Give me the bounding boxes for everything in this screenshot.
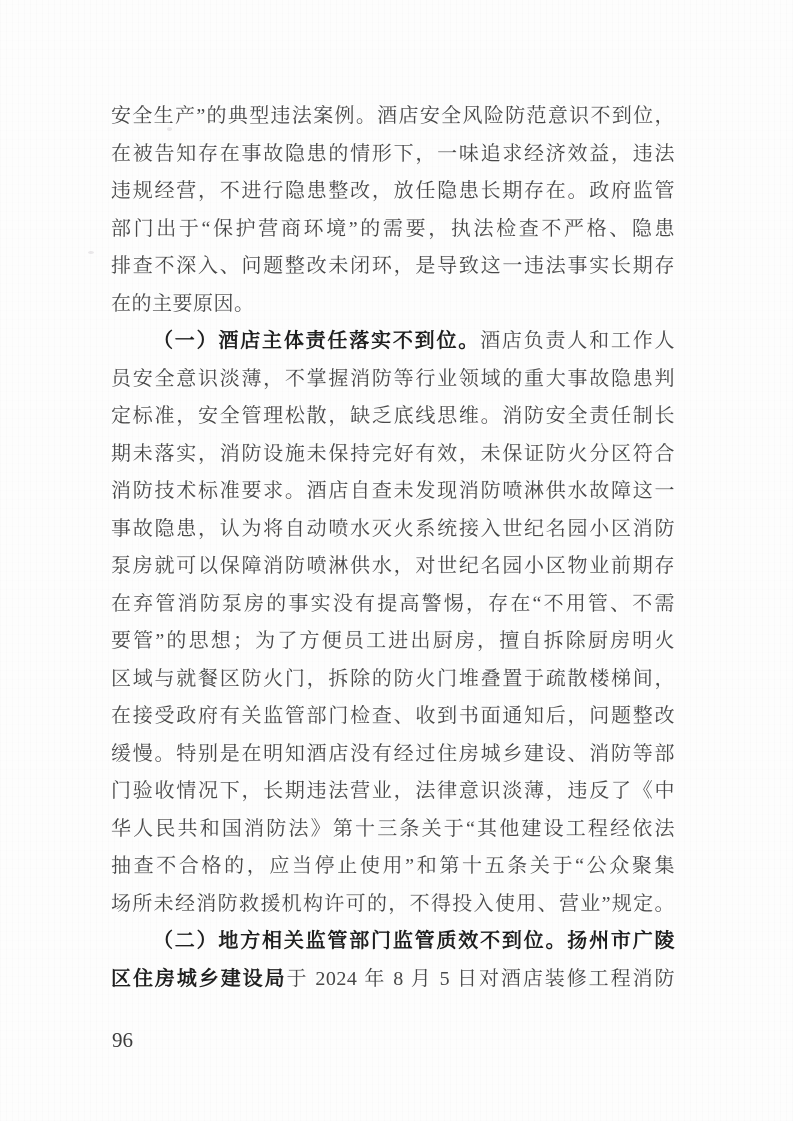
text-line: 安全生产”的典型违法案例。酒店安全风险防范意识不到位， — [111, 98, 675, 136]
text-segment: 场所未经消防救援机构许可的，不得投入使用、营业”规定。 — [111, 893, 675, 915]
text-line: 在接受政府有关监管部门检查、收到书面通知后，问题整改 — [111, 698, 675, 736]
text-segment: 在弃管消防泵房的事实没有提高警惕，存在“不用管、不需 — [111, 593, 675, 615]
text-segment: 事故隐患，认为将自动喷水灭火系统接入世纪名园小区消防 — [111, 518, 675, 540]
document-page: 安全生产”的典型违法案例。酒店安全风险防范意识不到位，在被告知存在事故隐患的情形… — [0, 0, 793, 1121]
text-line: 在被告知存在事故隐患的情形下，一味追求经济效益，违法 — [111, 136, 675, 174]
text-line: 在的主要原因。 — [111, 286, 675, 324]
text-segment: 华人民共和国消防法》第十三条关于“其他建设工程经依法 — [111, 818, 675, 840]
text-line: 员安全意识淡薄，不掌握消防等行业领域的重大事故隐患判 — [111, 361, 675, 399]
text-line: 定标准，安全管理松散，缺乏底线思维。消防安全责任制长 — [111, 398, 675, 436]
text-line: （一）酒店主体责任落实不到位。酒店负责人和工作人 — [111, 323, 675, 361]
bold-text-segment: （一）酒店主体责任落实不到位。 — [153, 330, 480, 352]
bold-text-segment: （二）地方相关监管部门监管质效不到位。扬州市广陵 — [153, 930, 675, 952]
text-line: 消防技术标准要求。酒店自查未发现消防喷淋供水故障这一 — [111, 473, 675, 511]
text-line: 门验收情况下，长期违法营业，法律意识淡薄，违反了《中 — [111, 773, 675, 811]
text-line: 要管”的思想；为了方便员工进出厨房，擅自拆除厨房明火 — [111, 623, 675, 661]
text-line: 期未落实，消防设施未保持完好有效，未保证防火分区符合 — [111, 436, 675, 474]
text-segment: 排查不深入、问题整改未闭环，是导致这一违法事实长期存 — [111, 255, 675, 277]
text-segment: 抽查不合格的，应当停止使用”和第十五条关于“公众聚集 — [111, 855, 675, 877]
text-line: 场所未经消防救援机构许可的，不得投入使用、营业”规定。 — [111, 886, 675, 924]
body-text: 安全生产”的典型违法案例。酒店安全风险防范意识不到位，在被告知存在事故隐患的情形… — [111, 98, 675, 998]
text-segment: 部门出于“保护营商环境”的需要，执法检查不严格、隐患 — [111, 218, 675, 240]
text-segment: 在的主要原因。 — [111, 293, 255, 315]
text-line: 区域与就餐区防火门，拆除的防火门堆叠置于疏散楼梯间， — [111, 661, 675, 699]
text-line: 违规经营，不进行隐患整改，放任隐患长期存在。政府监管 — [111, 173, 675, 211]
text-segment: 员安全意识淡薄，不掌握消防等行业领域的重大事故隐患判 — [111, 368, 675, 390]
text-segment: 缓慢。特别是在明知酒店没有经过住房城乡建设、消防等部 — [111, 743, 675, 765]
text-segment: 在被告知存在事故隐患的情形下，一味追求经济效益，违法 — [111, 143, 675, 165]
text-line: （二）地方相关监管部门监管质效不到位。扬州市广陵 — [111, 923, 675, 961]
text-line: 排查不深入、问题整改未闭环，是导致这一违法事实长期存 — [111, 248, 675, 286]
page-number: 96 — [112, 1026, 133, 1054]
text-line: 部门出于“保护营商环境”的需要，执法检查不严格、隐患 — [111, 211, 675, 249]
text-segment: 期未落实，消防设施未保持完好有效，未保证防火分区符合 — [111, 443, 675, 465]
text-segment: 消防技术标准要求。酒店自查未发现消防喷淋供水故障这一 — [111, 480, 675, 502]
text-segment: 要管”的思想；为了方便员工进出厨房，擅自拆除厨房明火 — [111, 630, 675, 652]
text-segment: 区域与就餐区防火门，拆除的防火门堆叠置于疏散楼梯间， — [111, 668, 675, 690]
text-line: 华人民共和国消防法》第十三条关于“其他建设工程经依法 — [111, 811, 675, 849]
text-line: 事故隐患，认为将自动喷水灭火系统接入世纪名园小区消防 — [111, 511, 675, 549]
text-segment: 泵房就可以保障消防喷淋供水，对世纪名园小区物业前期存 — [111, 555, 675, 577]
text-line: 抽查不合格的，应当停止使用”和第十五条关于“公众聚集 — [111, 848, 675, 886]
scan-speck — [88, 251, 94, 254]
text-segment: 于 2024 年 8 月 5 日对酒店装修工程消防 — [287, 968, 675, 990]
text-segment: 在接受政府有关监管部门检查、收到书面通知后，问题整改 — [111, 705, 675, 727]
text-line: 缓慢。特别是在明知酒店没有经过住房城乡建设、消防等部 — [111, 736, 675, 774]
text-segment: 安全生产”的典型违法案例。酒店安全风险防范意识不到位， — [111, 105, 675, 127]
text-segment: 酒店负责人和工作人 — [480, 330, 675, 352]
text-line: 在弃管消防泵房的事实没有提高警惕，存在“不用管、不需 — [111, 586, 675, 624]
text-segment: 定标准，安全管理松散，缺乏底线思维。消防安全责任制长 — [111, 405, 675, 427]
text-line: 泵房就可以保障消防喷淋供水，对世纪名园小区物业前期存 — [111, 548, 675, 586]
text-line: 区住房城乡建设局于 2024 年 8 月 5 日对酒店装修工程消防 — [111, 961, 675, 999]
text-segment: 门验收情况下，长期违法营业，法律意识淡薄，违反了《中 — [111, 780, 675, 802]
text-segment: 违规经营，不进行隐患整改，放任隐患长期存在。政府监管 — [111, 180, 675, 202]
bold-text-segment: 区住房城乡建设局 — [111, 968, 287, 990]
